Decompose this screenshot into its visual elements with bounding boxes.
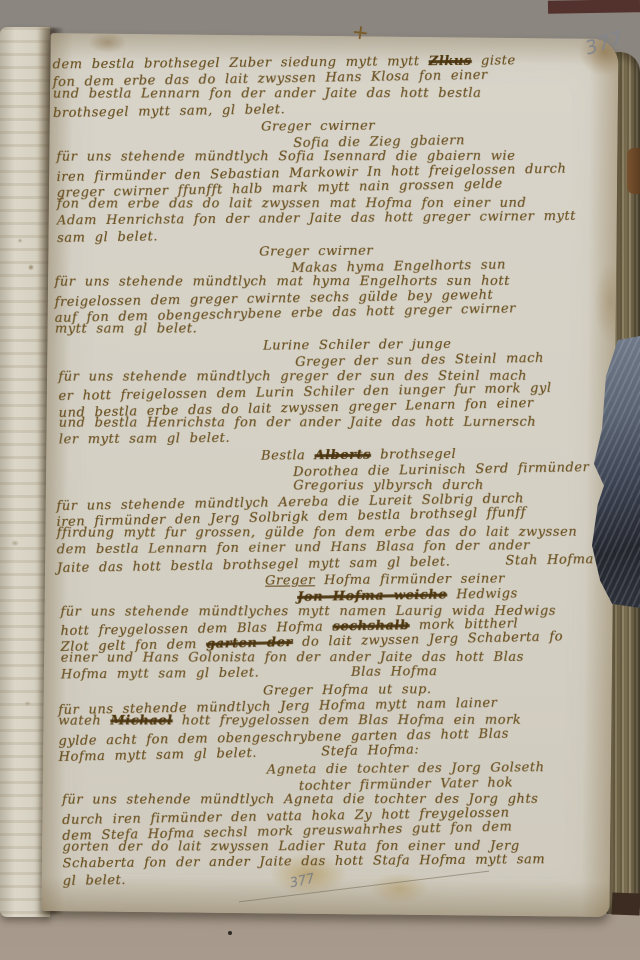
entry-block: Greger Hofma firmünder seinerJon Hofma w…: [60, 571, 614, 684]
entry-body-line: einer und Hans Golonista fon der ander J…: [61, 649, 614, 665]
entry-block: Lurine Schiler der jungeGreger der sun d…: [58, 336, 612, 449]
entry-heading-line: Greger der sun des Steinl mach: [295, 350, 611, 371]
entry-block: Bestla Alberts brothsegelDorothea die Lu…: [56, 445, 613, 573]
underlined-word: Greger: [265, 573, 315, 588]
manuscript-photo: dem bestla brothsegel Zuber siedung mytt…: [0, 0, 640, 960]
book-cover-edge-top: [548, 0, 640, 14]
entry-body-line: ffirdung mytt fur grossen, gülde fon dem…: [57, 524, 613, 540]
struck-word: Zlkus: [429, 54, 472, 69]
invocation-cross-mark: +: [351, 19, 371, 45]
entry-block: dem bestla brothsegel Zuber siedung mytt…: [52, 53, 609, 119]
entry-body-line: fon dem erbe das do lait zwyssen mat Hof…: [57, 195, 610, 211]
entry-body-line: mytt sam gl belet.: [55, 320, 611, 336]
entry-block: Agneta die tochter des Jorg Golsethtocht…: [62, 759, 616, 887]
manuscript-page: dem bestla brothsegel Zuber siedung mytt…: [41, 33, 618, 917]
entry-body-line: gorten der do lait zwyssen Ladier Ruta f…: [62, 838, 615, 854]
struck-word: Jon Hofma weiche: [297, 588, 447, 605]
entry-block: Greger cwirnerSofia die Zieg gbaiernfür …: [56, 116, 610, 244]
manuscript-text: dem bestla brothsegel Zuber siedung mytt…: [52, 51, 615, 888]
dirt-speck: [228, 931, 232, 935]
entry-block: Greger Hofma ut sup.für uns stehende mün…: [58, 680, 615, 762]
clasp-tab: [627, 148, 640, 194]
entry-body-line: und bestla Henrichsta fon der ander Jait…: [59, 415, 612, 431]
entry-block: Greger cwirnerMakas hyma Engelhorts sunf…: [54, 241, 611, 338]
struck-word: Michael: [110, 714, 172, 729]
struck-word: Alberts: [314, 447, 371, 462]
book-cover-edge-bottom: [612, 893, 640, 916]
